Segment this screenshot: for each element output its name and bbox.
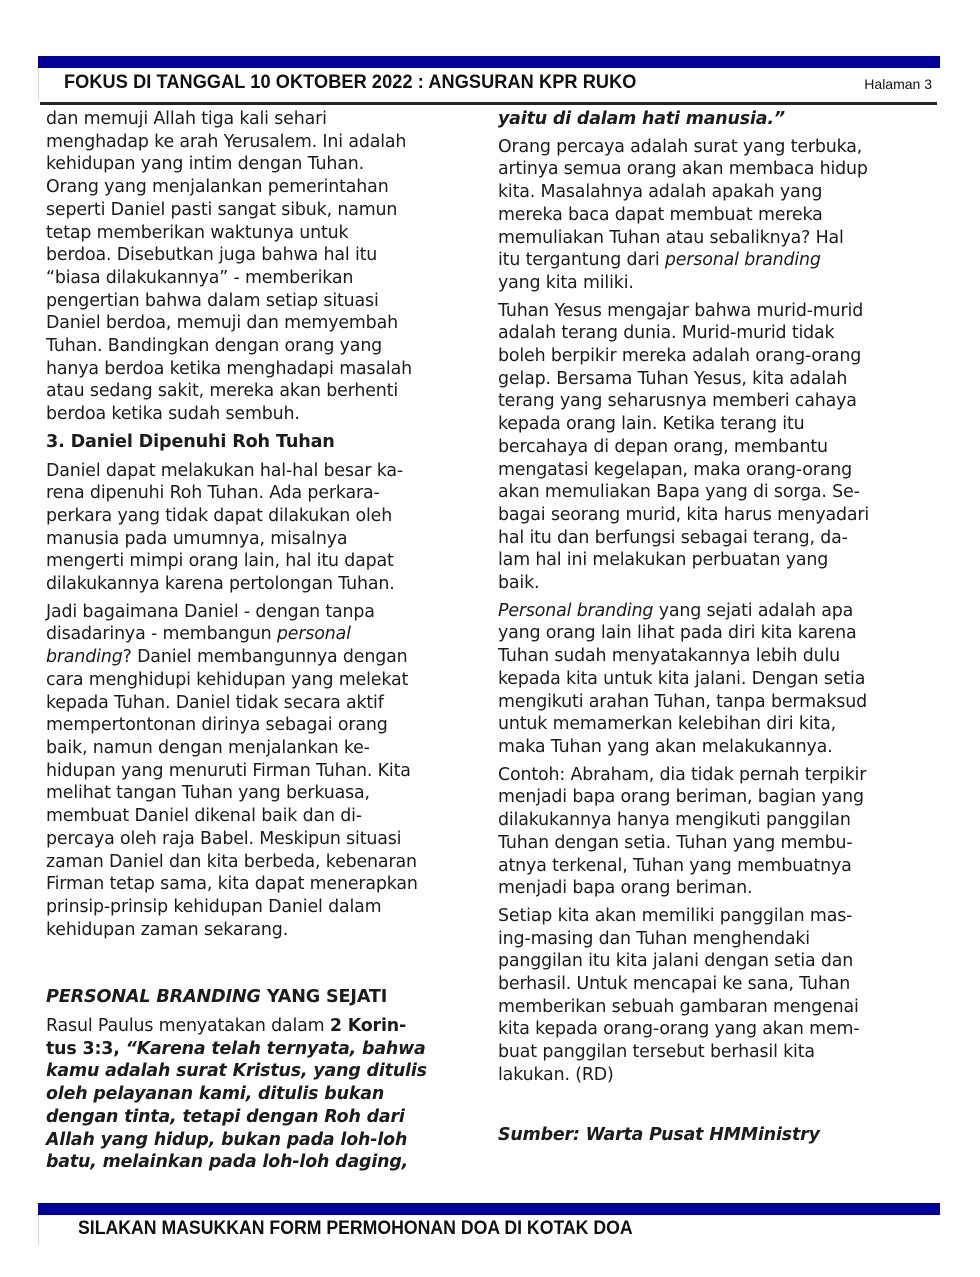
page-number: Halaman 3	[864, 76, 932, 92]
section-heading: 3. Daniel Dipenuhi Roh Tuhan	[46, 431, 478, 454]
paragraph: Orang percaya adalah surat yang terbuka,…	[498, 136, 938, 295]
header-accent-bar	[38, 56, 940, 68]
italic-term: Personal branding	[498, 601, 653, 621]
paragraph: Personal branding yang sejati adalah apa…	[498, 600, 938, 759]
scripture-quote-end: yaitu di dalam hati manusia.”	[498, 108, 938, 131]
header-divider	[40, 102, 937, 105]
italic-term: personal branding	[665, 250, 821, 270]
text-run: Rasul Paulus menyatakan dalam	[46, 1016, 330, 1036]
paragraph: Daniel dapat melakukan hal-hal besar ka-…	[46, 460, 478, 596]
paragraph: Contoh: Abraham, dia tidak pernah terpik…	[498, 764, 938, 900]
footer-notice: SILAKAN MASUKKAN FORM PERMOHONAN DOA DI …	[78, 1218, 633, 1240]
spacer	[46, 946, 478, 984]
paragraph: Rasul Paulus menyatakan dalam 2 Korin- t…	[46, 1015, 478, 1174]
paragraph: dan memuji Allah tiga kali sehari mengha…	[46, 108, 478, 426]
text-run: ? Daniel membangunnya dengan cara menghi…	[46, 647, 418, 939]
left-column: dan memuji Allah tiga kali sehari mengha…	[46, 108, 478, 1179]
right-column: yaitu di dalam hati manusia.” Orang perc…	[498, 108, 938, 1151]
spacer	[498, 1092, 938, 1124]
heading-plain-part: YANG SEJATI	[261, 987, 387, 1007]
footer-accent-bar	[38, 1203, 940, 1215]
heading-italic-part: PERSONAL BRANDING	[46, 987, 261, 1007]
paragraph: Tuhan Yesus mengajar bahwa murid-murid a…	[498, 300, 938, 595]
paragraph: Jadi bagaimana Daniel - dengan tanpa dis…	[46, 601, 478, 942]
footer-edge-line	[38, 1215, 39, 1245]
section-heading: PERSONAL BRANDING YANG SEJATI	[46, 986, 478, 1009]
page-header: FOKUS DI TANGGAL 10 OKTOBER 2022 : ANGSU…	[38, 70, 940, 100]
page-title: FOKUS DI TANGGAL 10 OKTOBER 2022 : ANGSU…	[64, 71, 636, 94]
paragraph: Setiap kita akan memiliki panggilan mas-…	[498, 905, 938, 1087]
text-run: yang sejati adalah apa yang orang lain l…	[498, 601, 867, 757]
source-credit: Sumber: Warta Pusat HMMinistry	[498, 1124, 938, 1147]
text-run: yang kita miliki.	[498, 273, 634, 293]
